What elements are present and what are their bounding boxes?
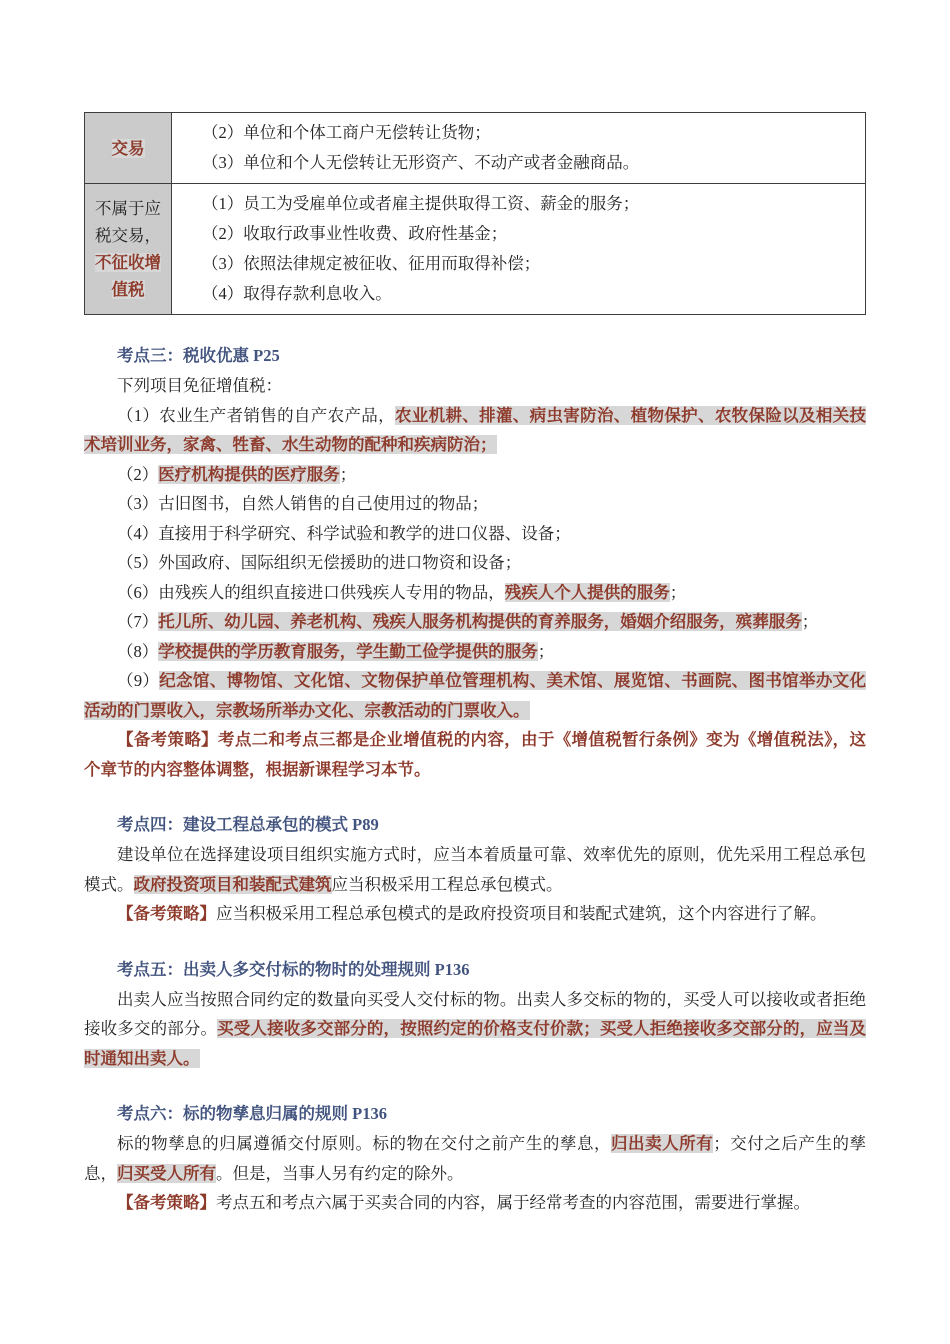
row-items-cell: （1）员工为受雇单位或者雇主提供取得工资、薪金的服务；（2）收取行政事业性收费、… xyxy=(172,184,866,315)
paragraph: （7）托儿所、幼儿园、养老机构、残疾人服务机构提供的育养服务，婚姻介绍服务，殡葬… xyxy=(84,607,866,637)
highlighted-emphasis-text: 不征收增值税 xyxy=(95,253,161,299)
body-text: （6）由残疾人的组织直接进口供残疾人专用的物品， xyxy=(117,583,505,602)
body-text: （7） xyxy=(117,612,158,631)
table-row: 交易（2）单位和个体工商户无偿转让货物；（3）单位和个人无偿转让无形资产、不动产… xyxy=(85,113,866,184)
highlighted-emphasis-text: 医疗机构提供的医疗服务 xyxy=(158,465,340,484)
body-text: （3）古旧图书，自然人销售的自己使用过的物品； xyxy=(117,494,488,513)
highlighted-emphasis-text: 学校提供的学历教育服务，学生勤工俭学提供的服务 xyxy=(158,642,538,661)
vat-transactions-table: 交易（2）单位和个体工商户无偿转让货物；（3）单位和个人无偿转让无形资产、不动产… xyxy=(84,112,866,315)
paragraph: （2）医疗机构提供的医疗服务； xyxy=(84,460,866,490)
paragraph: （8）学校提供的学历教育服务，学生勤工俭学提供的服务； xyxy=(84,637,866,667)
paragraph: 标的物孳息的归属遵循交付原则。标的物在交付之前产生的孳息，归出卖人所有；交付之后… xyxy=(84,1129,866,1188)
table-item-line: （1）员工为受雇单位或者雇主提供取得工资、薪金的服务； xyxy=(202,189,855,219)
body-text: ； xyxy=(670,583,687,602)
body-text: 下列项目免征增值税： xyxy=(117,376,282,395)
body-text: 。但是，当事人另有约定的除外。 xyxy=(216,1164,464,1183)
row-items-cell: （2）单位和个体工商户无偿转让货物；（3）单位和个人无偿转让无形资产、不动产或者… xyxy=(172,113,866,184)
paragraph: 【备考策略】考点二和考点三都是企业增值税的内容，由于《增值税暂行条例》变为《增值… xyxy=(84,725,866,784)
body-text: 应当积极采用工程总承包模式的是政府投资项目和装配式建筑，这个内容进行了解。 xyxy=(216,904,827,923)
paragraph: 【备考策略】应当积极采用工程总承包模式的是政府投资项目和装配式建筑，这个内容进行… xyxy=(84,899,866,929)
row-label-cell: 交易 xyxy=(85,113,172,184)
body-text: ； xyxy=(538,642,555,661)
table-item-line: （3）单位和个人无偿转让无形资产、不动产或者金融商品。 xyxy=(202,148,855,178)
document-page: 交易（2）单位和个体工商户无偿转让货物；（3）单位和个人无偿转让无形资产、不动产… xyxy=(0,0,950,1218)
body-text: （1）农业生产者销售的自产农产品， xyxy=(117,406,395,425)
paragraph: （4）直接用于科学研究、科学试验和教学的进口仪器、设备； xyxy=(84,519,866,549)
emphasis-text: 【备考策略】 xyxy=(117,1193,216,1212)
sections: 考点三：税收优惠 P25下列项目免征增值税：（1）农业生产者销售的自产农产品，农… xyxy=(84,341,866,1218)
highlighted-emphasis-text: 托儿所、幼儿园、养老机构、残疾人服务机构提供的育养服务，婚姻介绍服务，殡葬服务 xyxy=(158,612,802,631)
table-item-line: （4）取得存款利息收入。 xyxy=(202,279,855,309)
paragraph: 出卖人应当按照合同约定的数量向买受人交付标的物。出卖人多交标的物的，买受人可以接… xyxy=(84,985,866,1074)
section-heading: 考点五：出卖人多交付标的物时的处理规则 P136 xyxy=(84,955,866,985)
table-item-line: （2）收取行政事业性收费、政府性基金； xyxy=(202,219,855,249)
body-text: 应当积极采用工程总承包模式。 xyxy=(332,875,563,894)
body-text: 标的物孳息的归属遵循交付原则。标的物在交付之前产生的孳息， xyxy=(117,1134,611,1153)
section-heading: 考点六：标的物孳息归属的规则 P136 xyxy=(84,1099,866,1129)
highlighted-emphasis-text: 归出卖人所有 xyxy=(611,1134,713,1153)
paragraph: （5）外国政府、国际组织无偿援助的进口物资和设备； xyxy=(84,548,866,578)
section-heading: 考点四：建设工程总承包的模式 P89 xyxy=(84,810,866,840)
body-text: 考点五和考点六属于买卖合同的内容，属于经常考查的内容范围，需要进行掌握。 xyxy=(216,1193,810,1212)
body-text: （4）直接用于科学研究、科学试验和教学的进口仪器、设备； xyxy=(117,524,571,543)
body-text: （2） xyxy=(117,465,158,484)
paragraph: （9）纪念馆、博物馆、文化馆、文物保护单位管理机构、美术馆、展览馆、书画院、图书… xyxy=(84,666,866,725)
body-text: （5）外国政府、国际组织无偿援助的进口物资和设备； xyxy=(117,553,521,572)
emphasis-text: 【备考策略】 xyxy=(117,904,216,923)
table-row: 不属于应税交易，不征收增值税（1）员工为受雇单位或者雇主提供取得工资、薪金的服务… xyxy=(85,184,866,315)
paragraph: （3）古旧图书，自然人销售的自己使用过的物品； xyxy=(84,489,866,519)
body-text: （8） xyxy=(117,642,158,661)
vat-table-body: 交易（2）单位和个体工商户无偿转让货物；（3）单位和个人无偿转让无形资产、不动产… xyxy=(85,113,866,315)
body-text: 不属于应税交易， xyxy=(95,199,161,245)
paragraph: （6）由残疾人的组织直接进口供残疾人专用的物品，残疾人个人提供的服务； xyxy=(84,578,866,608)
body-text: ； xyxy=(340,465,357,484)
highlighted-emphasis-text: 归买受人所有 xyxy=(117,1164,216,1183)
highlighted-emphasis-text: 政府投资项目和装配式建筑 xyxy=(134,875,332,894)
highlighted-emphasis-text: 纪念馆、博物馆、文化馆、文物保护单位管理机构、美术馆、展览馆、书画院、图书馆举办… xyxy=(84,671,866,720)
section-heading: 考点三：税收优惠 P25 xyxy=(84,341,866,371)
table-item-line: （2）单位和个体工商户无偿转让货物； xyxy=(202,118,855,148)
body-text: （9） xyxy=(117,671,159,690)
paragraph: 【备考策略】考点五和考点六属于买卖合同的内容，属于经常考查的内容范围，需要进行掌… xyxy=(84,1188,866,1218)
table-item-line: （3）依照法律规定被征收、征用而取得补偿； xyxy=(202,249,855,279)
highlighted-emphasis-text: 残疾人个人提供的服务 xyxy=(505,583,670,602)
body-text: ； xyxy=(802,612,819,631)
paragraph: 建设单位在选择建设项目组织实施方式时，应当本着质量可靠、效率优先的原则，优先采用… xyxy=(84,840,866,899)
row-label-cell: 不属于应税交易，不征收增值税 xyxy=(85,184,172,315)
paragraph: （1）农业生产者销售的自产农产品，农业机耕、排灌、病虫害防治、植物保护、农牧保险… xyxy=(84,401,866,460)
emphasis-text: 【备考策略】考点二和考点三都是企业增值税的内容，由于《增值税暂行条例》变为《增值… xyxy=(84,730,866,779)
highlighted-emphasis-text: 交易 xyxy=(112,139,145,158)
paragraph: 下列项目免征增值税： xyxy=(84,371,866,401)
